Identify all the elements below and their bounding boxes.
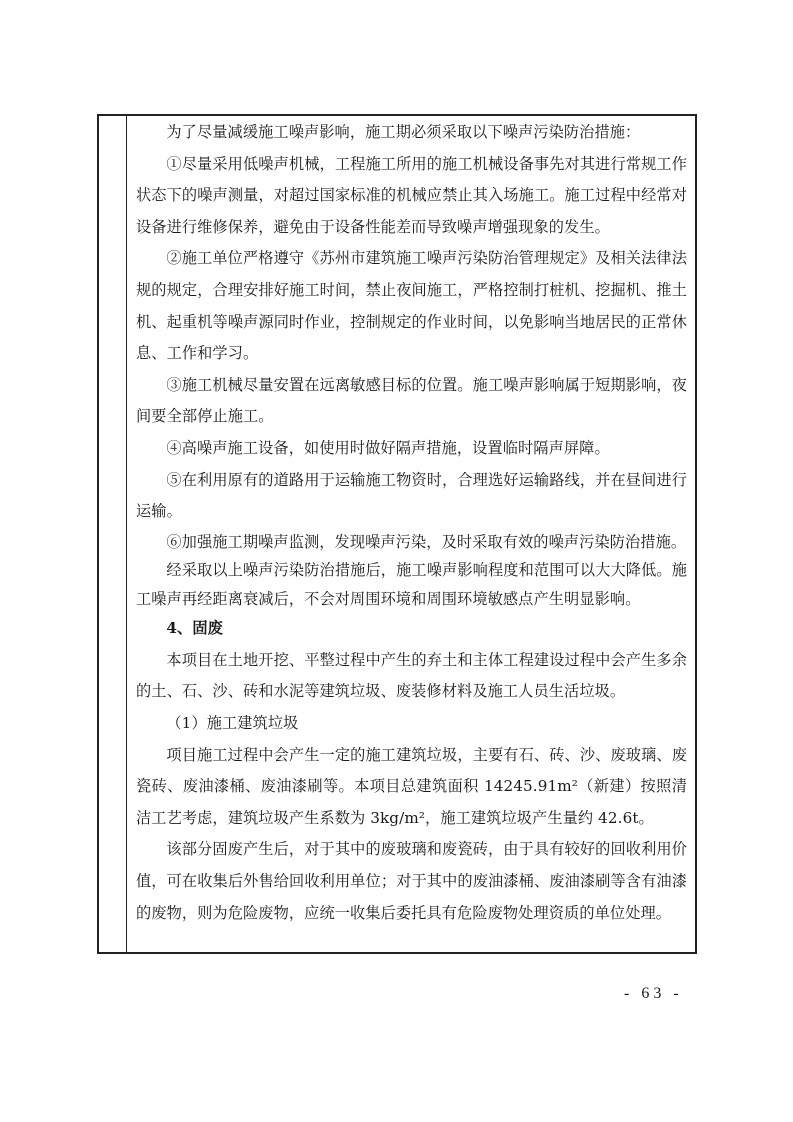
noise-measure-6: ⑥加强施工期噪声监测，发现噪声污染，及时采取有效的噪声污染防治措施。 — [136, 528, 687, 557]
table-content-cell: 为了尽量减缓施工噪声影响，施工期必须采取以下噪声污染防治措施： ①尽量采用低噪声… — [127, 116, 695, 952]
subsection-heading-construction-waste: （1）施工建筑垃圾 — [136, 708, 687, 740]
noise-measure-5: ⑤在利用原有的道路用于运输施工物资时，合理选好运输路线，并在昼间进行运输。 — [136, 465, 687, 528]
content-table: 为了尽量减缓施工噪声影响，施工期必须采取以下噪声污染防治措施： ①尽量采用低噪声… — [97, 114, 697, 954]
waste-disposal-paragraph: 该部分固废产生后，对于其中的废玻璃和废瓷砖，由于具有较好的回收利用价值，可在收集… — [136, 834, 687, 929]
noise-measure-2: ②施工单位严格遵守《苏州市建筑施工噪声污染防治管理规定》及相关法律法规的规定，合… — [136, 243, 687, 369]
noise-measure-3: ③施工机械尽量安置在远离敏感目标的位置。施工噪声影响属于短期影响，夜间要全部停止… — [136, 370, 687, 433]
page-number: - 63 - — [624, 985, 683, 1003]
section-heading-solid-waste: 4、固废 — [136, 613, 687, 645]
solid-waste-intro: 本项目在土地开挖、平整过程中产生的弃土和主体工程建设过程中会产生多余的土、石、沙… — [136, 645, 687, 708]
noise-conclusion: 经采取以上噪声污染防治措施后，施工噪声影响程度和范围可以大大降低。施工噪声再经距… — [136, 556, 687, 613]
noise-intro: 为了尽量减缓施工噪声影响，施工期必须采取以下噪声污染防治措施： — [136, 117, 687, 149]
noise-measure-1: ①尽量采用低噪声机械，工程施工所用的施工机械设备事先对其进行常规工作状态下的噪声… — [136, 149, 687, 244]
table-label-column — [99, 116, 127, 952]
construction-waste-paragraph: 项目施工过程中会产生一定的施工建筑垃圾，主要有石、砖、沙、废玻璃、废瓷砖、废油漆… — [136, 740, 687, 835]
noise-measure-4: ④高噪声施工设备，如使用时做好隔声措施，设置临时隔声屏障。 — [136, 433, 687, 465]
